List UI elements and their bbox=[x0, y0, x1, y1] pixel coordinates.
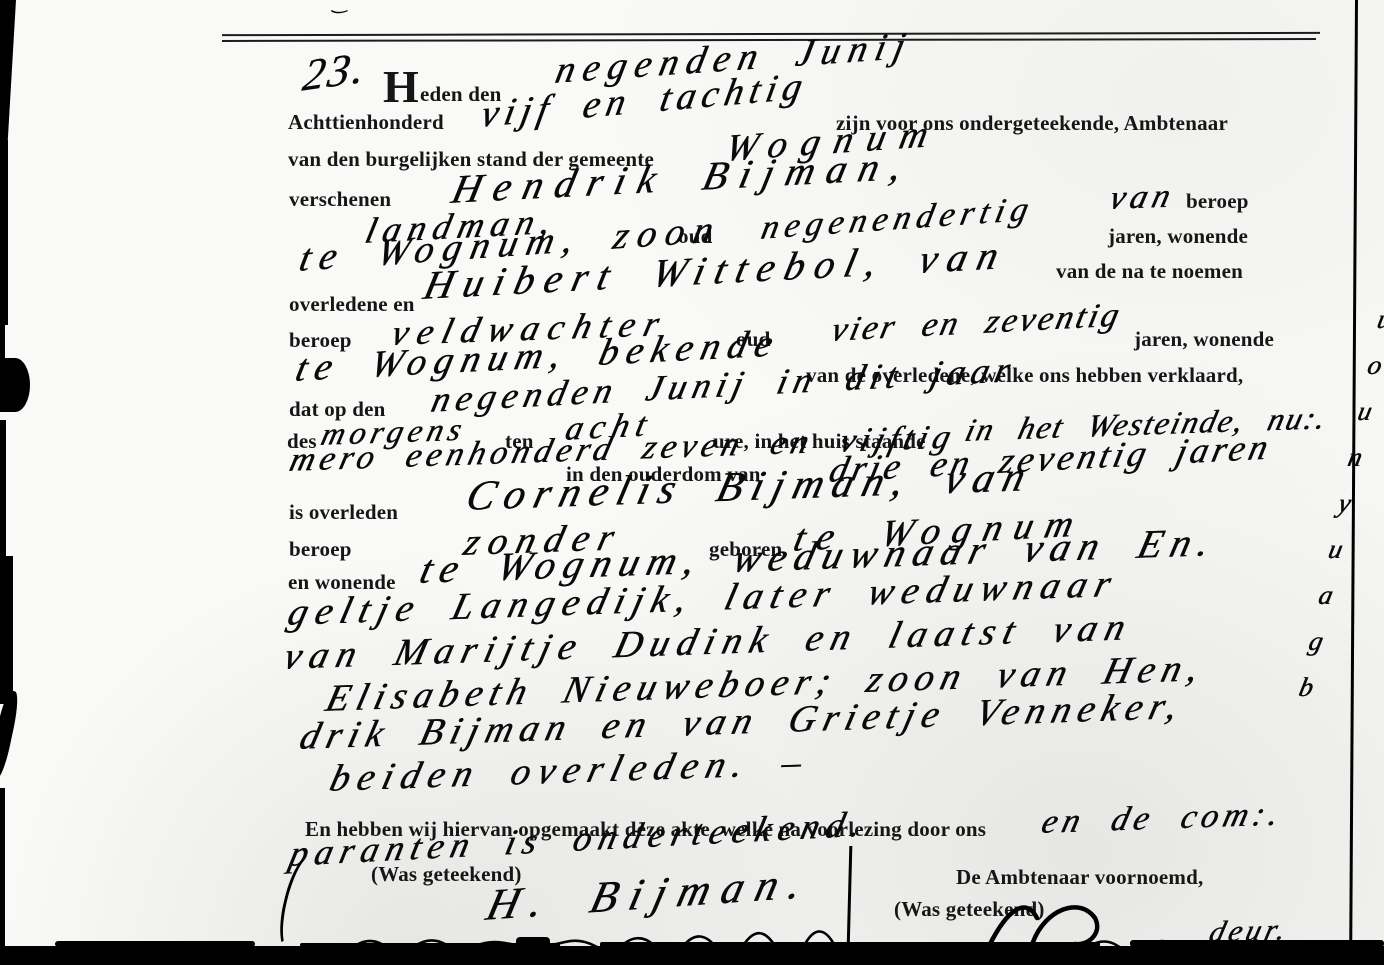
printed-overledene-en: overledene en bbox=[289, 294, 415, 315]
ink-speck-curl: ‿ bbox=[332, 0, 351, 12]
scan-edge-left-5 bbox=[0, 420, 6, 560]
printed-is-overleden: is overleden bbox=[289, 502, 398, 523]
printed-beroep-1: beroep bbox=[1186, 191, 1249, 212]
scan-bottom-bump-4 bbox=[600, 942, 1100, 947]
printed-beroep-3: beroep bbox=[289, 539, 352, 560]
scan-edge-left-2 bbox=[0, 140, 8, 325]
printed-ambtenaar-voornoemd: De Ambtenaar voornoemd, bbox=[956, 867, 1203, 888]
scan-edge-left-4 bbox=[0, 358, 30, 412]
scan-bottom-bump-5 bbox=[1130, 940, 1384, 947]
printed-jaren-wonende-2: jaren, wonende bbox=[1134, 329, 1274, 350]
printed-na-te-noemen: van de na te noemen bbox=[1056, 261, 1243, 282]
scan-bottom-bar bbox=[0, 946, 1384, 965]
adjacent-page-fragments: t u i u n u o u n y u a g b bbox=[1295, 66, 1384, 710]
scan-edge-left-7 bbox=[0, 689, 21, 780]
hw-signature-declarant: H. Bijman. bbox=[482, 860, 818, 928]
entry-number: 23. bbox=[300, 45, 370, 99]
heden-dropcap: H bbox=[383, 64, 419, 110]
paranten-flourish bbox=[272, 850, 327, 956]
scan-page: ‿ t u i u n u o u n y u a g b 23. H eden… bbox=[0, 0, 1384, 965]
scan-bottom-bump-3 bbox=[516, 937, 550, 947]
scan-edge-left-8 bbox=[0, 788, 5, 948]
hw-declarant1-van: van bbox=[1106, 179, 1179, 216]
printed-verschenen: verschenen bbox=[289, 189, 391, 210]
hw-closing-comparanten-1: en de com:. bbox=[1038, 797, 1287, 840]
hw-declarant2-age: vier en zeventig bbox=[828, 298, 1125, 348]
printed-jaren-wonende-1: jaren, wonende bbox=[1108, 226, 1248, 247]
printed-achttienhonderd: Achttienhonderd bbox=[288, 112, 444, 133]
scan-edge-left-1 bbox=[0, 0, 16, 150]
scan-edge-left-6 bbox=[0, 556, 13, 704]
scan-bottom-bump-1 bbox=[55, 941, 255, 947]
